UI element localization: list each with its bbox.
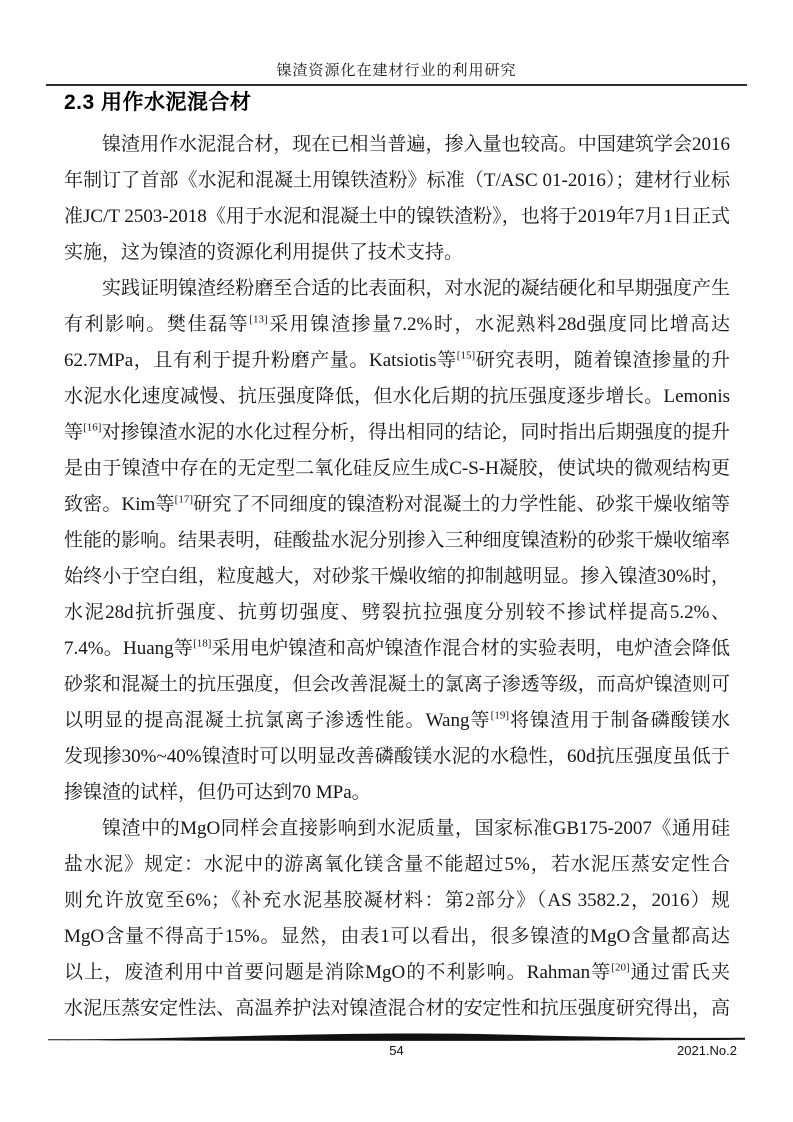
text-line: 掺镍渣的试样，但仍可达到70 MPa。 bbox=[64, 775, 730, 811]
issue-number: 2021.No.2 bbox=[677, 1043, 737, 1059]
text-line: 以上，废渣利用中首要问题是消除MgO的不利影响。Rahman等[20]通过雷氏夹… bbox=[64, 955, 730, 991]
text-line: 有利影响。樊佳磊等[13]采用镍渣掺量7.2%时，水泥熟料28d强度同比增高达 bbox=[64, 307, 730, 343]
footer-rule-stroke bbox=[46, 1031, 747, 1042]
citation-ref: [20] bbox=[611, 962, 629, 974]
text-line: 准JC/T 2503-2018《用于水泥和混凝土中的镍铁渣粉》，也将于2019年… bbox=[64, 199, 730, 235]
text-segment: 等 bbox=[64, 422, 83, 443]
text-line: 7.4%。Huang等[18]采用电炉镍渣和高炉镍渣作混合材的实验表明，电炉渣会… bbox=[64, 631, 730, 667]
document-page: 镍渣资源化在建材行业的利用研究 2.3 用作水泥混合材 镍渣用作水泥混合材，现在… bbox=[0, 0, 793, 1122]
footer-rule bbox=[46, 1031, 747, 1042]
text-segment: 62.7MPa，且有利于提升粉磨产量。Katsiotis等 bbox=[64, 350, 457, 371]
text-segment: 研究了不同细度的镍渣粉对混凝土的力学性能、砂浆干燥收缩等 bbox=[193, 494, 730, 515]
paragraph-3: 镍渣中的MgO同样会直接影响到水泥质量，国家标准GB175-2007《通用硅酸 … bbox=[64, 811, 730, 1027]
text-line: 则允许放宽至6%；《补充水泥基胶凝材料：第2部分》（AS 3582.2，2016… bbox=[64, 883, 730, 919]
header-rule bbox=[46, 84, 747, 86]
text-line: 性能的影响。结果表明，硅酸盐水泥分别掺入三种细度镍渣粉的砂浆干燥收缩率 bbox=[64, 523, 730, 559]
text-line: 实践证明镍渣经粉磨至合适的比表面积，对水泥的凝结硬化和早期强度产生 bbox=[64, 271, 730, 307]
page-number: 54 bbox=[0, 1043, 793, 1059]
citation-ref: [18] bbox=[193, 638, 211, 650]
text-line: 致密。Kim等[17]研究了不同细度的镍渣粉对混凝土的力学性能、砂浆干燥收缩等 bbox=[64, 487, 730, 523]
citation-ref: [16] bbox=[83, 422, 101, 434]
text-segment: 采用镍渣掺量7.2%时，水泥熟料28d强度同比增高达 bbox=[268, 314, 730, 335]
paragraph-1: 镍渣用作水泥混合材，现在已相当普遍，掺入量也较高。中国建筑学会2016 年制订了… bbox=[64, 127, 730, 271]
text-line: 镍渣用作水泥混合材，现在已相当普遍，掺入量也较高。中国建筑学会2016 bbox=[64, 127, 730, 163]
text-line: 发现掺30%~40%镍渣时可以明显改善磷酸镁水泥的水稳性，60d抗压强度虽低于不 bbox=[64, 739, 730, 775]
text-line: 砂浆和混凝土的抗压强度，但会改善混凝土的氯离子渗透等级，而高炉镍渣则可 bbox=[64, 667, 730, 703]
citation-ref: [13] bbox=[249, 314, 267, 326]
section-heading: 2.3 用作水泥混合材 bbox=[64, 90, 252, 116]
text-line: 等[16]对掺镍渣水泥的水化过程分析，得出相同的结论，同时指出后期强度的提升 bbox=[64, 415, 730, 451]
text-line: 盐水泥》规定：水泥中的游离氧化镁含量不能超过5%，若水泥压蒸安定性合格， bbox=[64, 847, 730, 883]
text-segment: 采用电炉镍渣和高炉镍渣作混合材的实验表明，电炉渣会降低 bbox=[211, 638, 730, 659]
body-text: 镍渣用作水泥混合材，现在已相当普遍，掺入量也较高。中国建筑学会2016 年制订了… bbox=[64, 127, 730, 1027]
text-segment: 致密。Kim等 bbox=[64, 494, 175, 515]
paragraph-2: 实践证明镍渣经粉磨至合适的比表面积，对水泥的凝结硬化和早期强度产生 有利影响。樊… bbox=[64, 271, 730, 811]
citation-ref: [19] bbox=[491, 710, 509, 722]
text-segment: 7.4%。Huang等 bbox=[64, 638, 193, 659]
text-line: 水泥压蒸安定性法、高温养护法对镍渣混合材的安定性和抗压强度研究得出，高 bbox=[64, 991, 730, 1027]
text-line: 水泥28d抗折强度、抗剪切强度、劈裂抗拉强度分别较不掺试样提高5.2%、16.1… bbox=[64, 595, 730, 631]
text-line: 始终小于空白组，粒度越大，对砂浆干燥收缩的抑制越明显。掺入镍渣30%时， bbox=[64, 559, 730, 595]
text-line: 实施，这为镍渣的资源化利用提供了技术支持。 bbox=[64, 235, 730, 271]
text-line: 以明显的提高混凝土抗氯离子渗透性能。Wang等[19]将镍渣用于制备磷酸镁水泥， bbox=[64, 703, 730, 739]
citation-ref: [15] bbox=[457, 350, 475, 362]
text-line: 镍渣中的MgO同样会直接影响到水泥质量，国家标准GB175-2007《通用硅酸 bbox=[64, 811, 730, 847]
text-segment: 以上，废渣利用中首要问题是消除MgO的不利影响。Rahman等 bbox=[64, 962, 611, 983]
text-line: MgO含量不得高于15%。显然，由表1可以看出，很多镍渣的MgO含量都高达27% bbox=[64, 919, 730, 955]
text-segment: 对掺镍渣水泥的水化过程分析，得出相同的结论，同时指出后期强度的提升 bbox=[101, 422, 730, 443]
running-header-title: 镍渣资源化在建材行业的利用研究 bbox=[0, 61, 793, 81]
text-line: 62.7MPa，且有利于提升粉磨产量。Katsiotis等[15]研究表明，随着… bbox=[64, 343, 730, 379]
text-line: 水泥水化速度减慢、抗压强度降低，但水化后期的抗压强度逐步增长。Lemonis bbox=[64, 379, 730, 415]
text-line: 是由于镍渣中存在的无定型二氧化硅反应生成C-S-H凝胶，使试块的微观结构更加 bbox=[64, 451, 730, 487]
text-line: 年制订了首部《水泥和混凝土用镍铁渣粉》标准（T/ASC 01-2016）；建材行… bbox=[64, 163, 730, 199]
text-segment: 以明显的提高混凝土抗氯离子渗透性能。Wang等 bbox=[64, 710, 491, 731]
citation-ref: [17] bbox=[175, 494, 193, 506]
text-segment: 有利影响。樊佳磊等 bbox=[64, 314, 249, 335]
